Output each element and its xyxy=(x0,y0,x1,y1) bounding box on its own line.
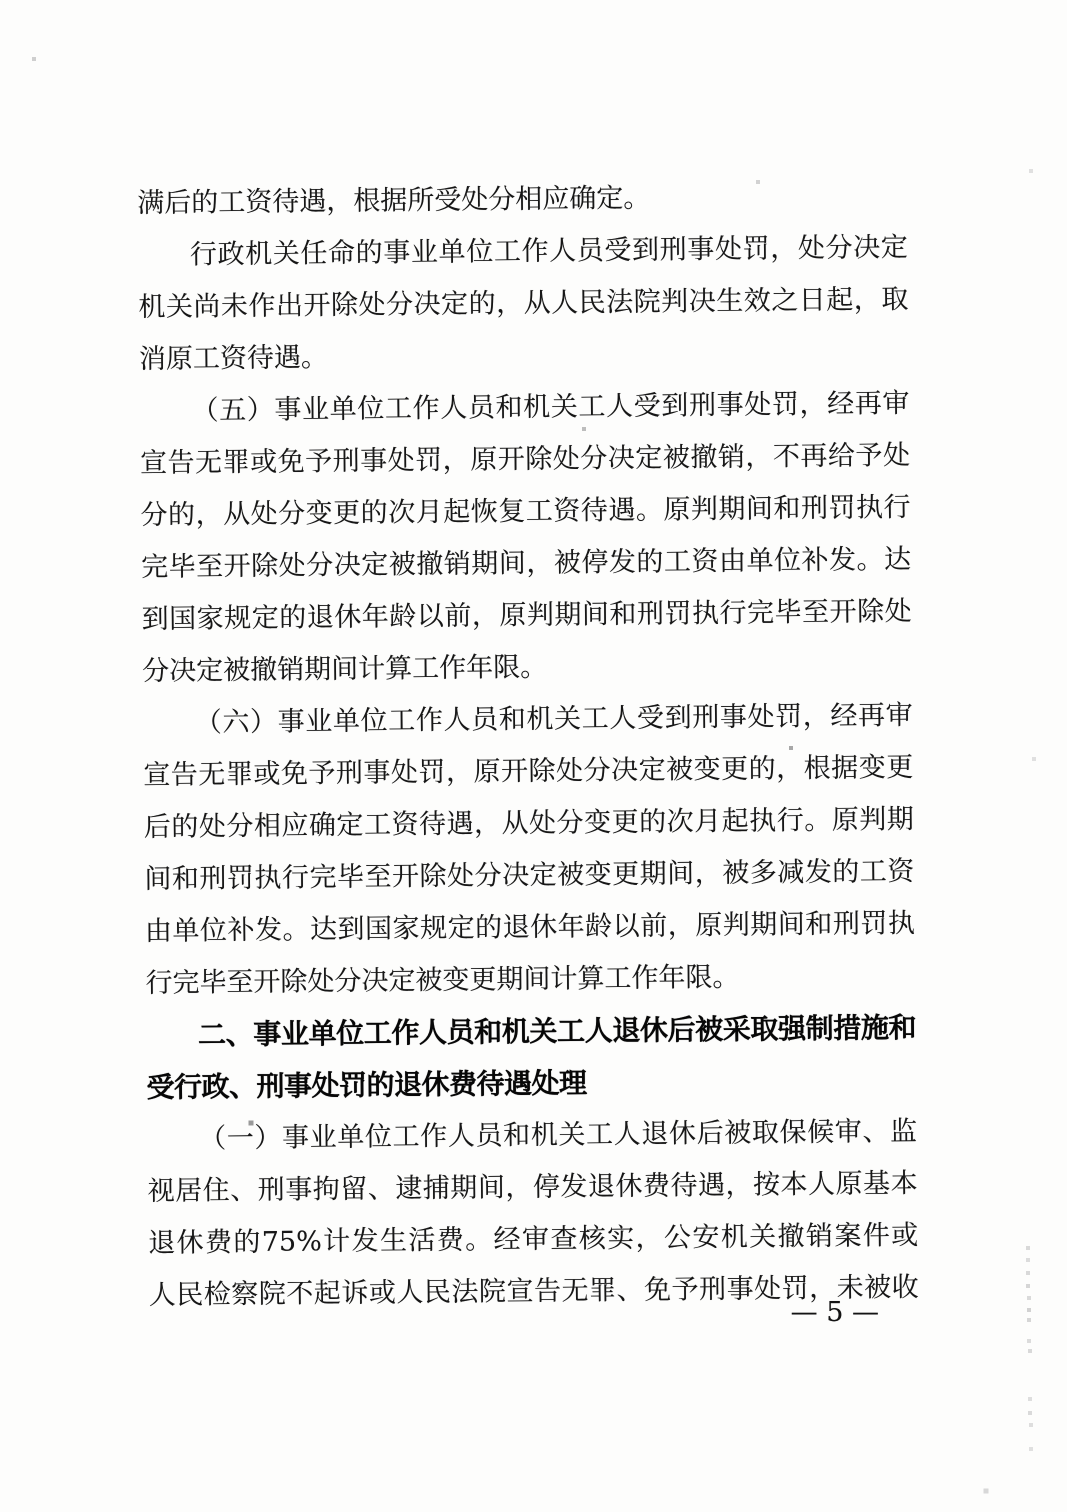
body-text-line: 由单位补发。达到国家规定的退休年龄以前，原判期间和刑罚执 xyxy=(145,898,916,958)
body-text-line: （六）事业单位工作人员和机关工人受到刑事处罚，经再审 xyxy=(142,690,913,750)
body-text-line: 视居住、刑事拘留、逮捕期间，停发退休费待遇，按本人原基本 xyxy=(147,1158,918,1218)
body-text-line: 行完毕至开除处分决定被变更期间计算工作年限。 xyxy=(145,950,916,1010)
body-text-line: （五）事业单位工作人员和机关工人受到刑事处罚，经再审 xyxy=(139,378,910,438)
body-text-line: 满后的工资待遇，根据所受处分相应确定。 xyxy=(137,170,908,230)
body-text-line: 完毕至开除处分决定被撤销期间，被停发的工资由单位补发。达 xyxy=(141,534,912,594)
body-text-line: （一）事业单位工作人员和机关工人退休后被取保候审、监 xyxy=(147,1106,918,1166)
scan-noise xyxy=(0,0,2,2)
body-text-line: 行政机关任命的事业单位工作人员受到刑事处罚，处分决定 xyxy=(138,222,909,282)
body-text-line: 分决定被撤销期间计算工作年限。 xyxy=(142,638,913,698)
body-text-line: 宣告无罪或免予刑事处罚，原开除处分决定被撤销，不再给予处 xyxy=(140,430,911,490)
body-text-line: 宣告无罪或免予刑事处罚，原开除处分决定被变更的，根据变更 xyxy=(143,742,914,802)
body-text-line: 后的处分相应确定工资待遇，从处分变更的次月起执行。原判期 xyxy=(144,794,915,854)
document-page: 满后的工资待遇，根据所受处分相应确定。 行政机关任命的事业单位工作人员受到刑事处… xyxy=(0,0,1067,1512)
body-text-line: 消原工资待遇。 xyxy=(139,326,910,386)
section-heading-line: 二、事业单位工作人员和机关工人退休后被采取强制措施和 xyxy=(146,1002,917,1062)
page-number: — 5 — xyxy=(137,1293,907,1333)
body-text-line: 分的，从处分变更的次月起恢复工资待遇。原判期间和刑罚执行 xyxy=(140,482,911,542)
body-text-line: 到国家规定的退休年龄以前，原判期间和刑罚执行完毕至开除处 xyxy=(141,586,912,646)
document-text-block: 满后的工资待遇，根据所受处分相应确定。 行政机关任命的事业单位工作人员受到刑事处… xyxy=(137,170,919,1322)
body-text-line: 间和刑罚执行完毕至开除处分决定被变更期间，被多减发的工资 xyxy=(144,846,915,906)
section-heading-line: 受行政、刑事处罚的退休费待遇处理 xyxy=(146,1054,917,1114)
body-text-line: 退休费的75%计发生活费。经审查核实，公安机关撤销案件或 xyxy=(148,1210,919,1270)
body-text-line: 机关尚未作出开除处分决定的，从人民法院判决生效之日起，取 xyxy=(138,274,909,334)
